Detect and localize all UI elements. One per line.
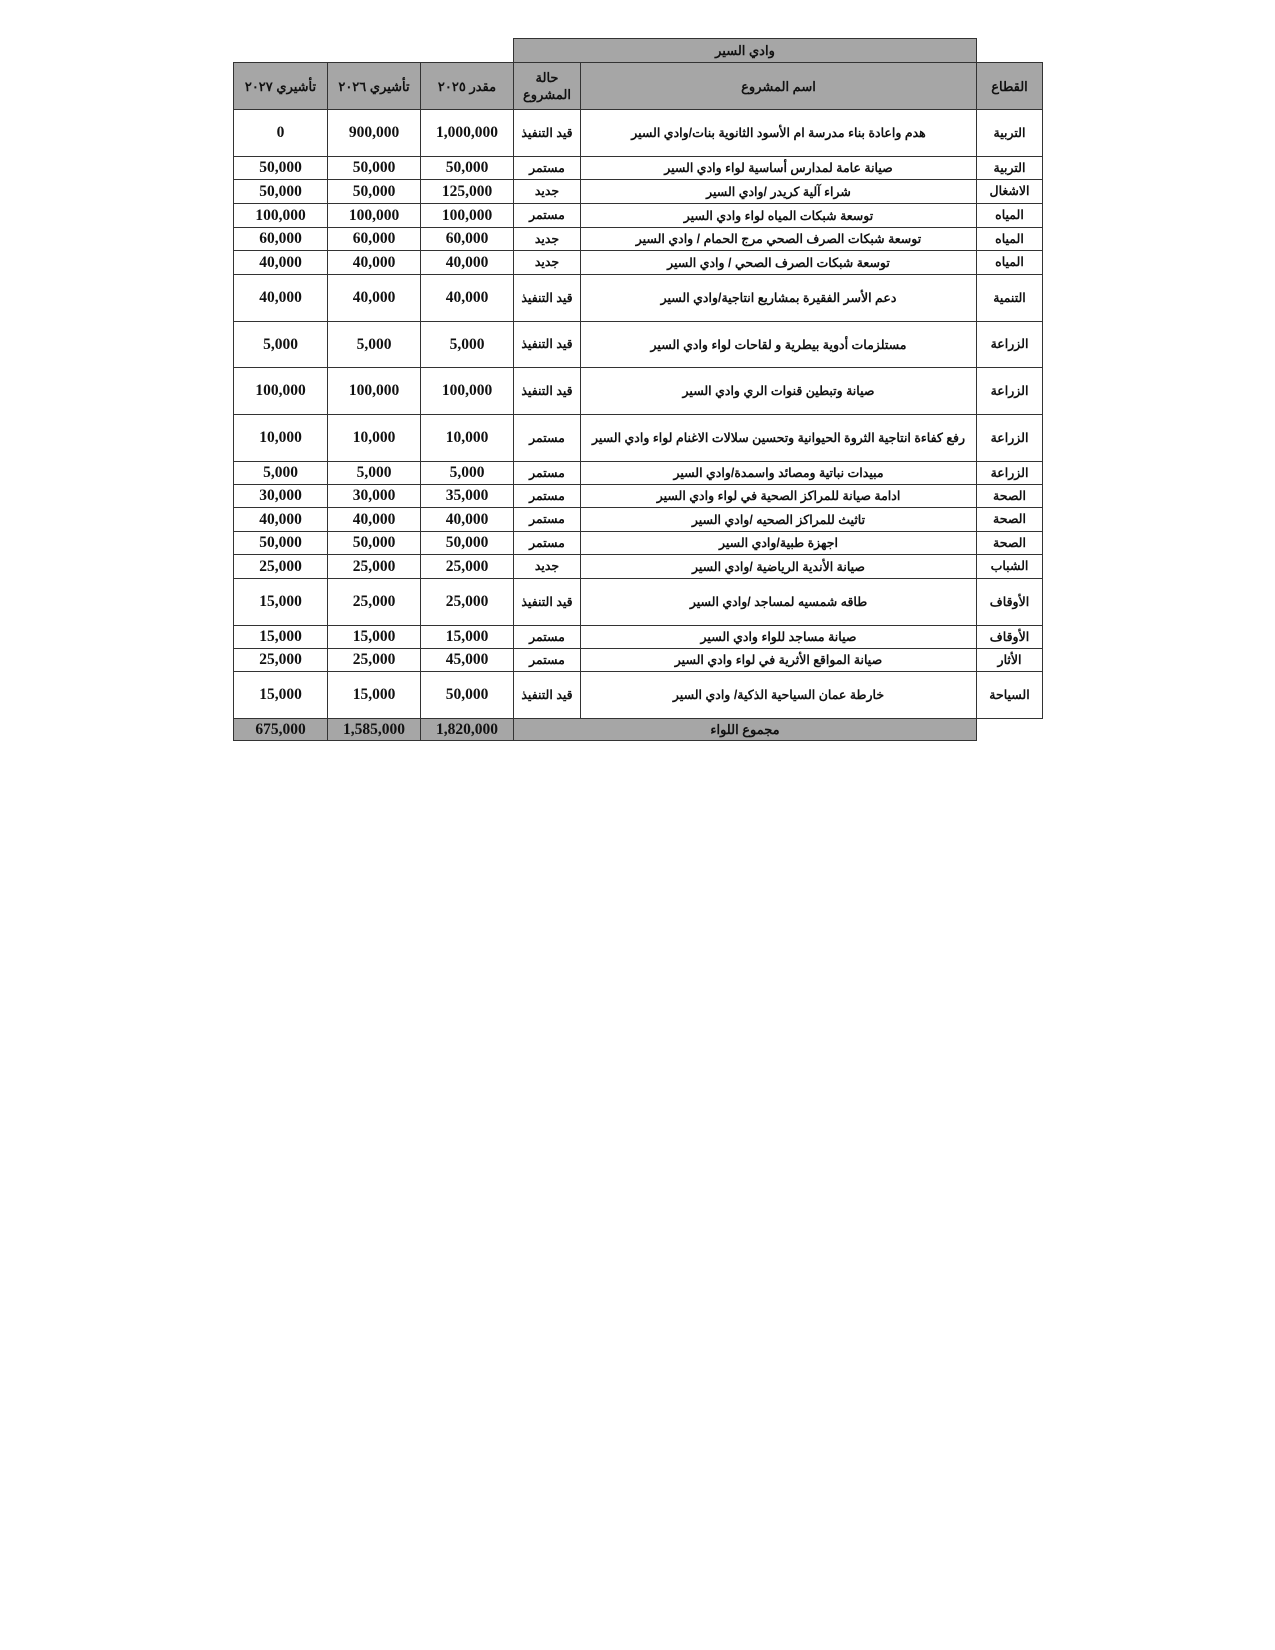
table-row: 15,000 25,000 25,000 قيد التنفيذ طاقه شم… [234,579,1043,626]
table-row: 15,000 15,000 50,000 قيد التنفيذ خارطة ع… [234,672,1043,719]
cell-2026: 5,000 [328,462,421,485]
cell-2025: 100,000 [421,204,514,228]
cell-2027: 15,000 [234,672,328,719]
table-row: 50,000 50,000 50,000 مستمر اجهزة طبية/وا… [234,532,1043,555]
cell-project-name: صيانة عامة لمدارس أساسية لواء وادي السير [581,157,977,180]
cell-2027: 30,000 [234,485,328,508]
cell-sector: الصحة [977,508,1043,532]
cell-2027: 60,000 [234,228,328,251]
table-row: 40,000 40,000 40,000 مستمر تاثيث للمراكز… [234,508,1043,532]
cell-2025: 100,000 [421,368,514,415]
cell-sector: الصحة [977,485,1043,508]
cell-2025: 10,000 [421,415,514,462]
cell-2025: 40,000 [421,508,514,532]
cell-sector: التربية [977,157,1043,180]
cell-2027: 25,000 [234,649,328,672]
cell-2025: 60,000 [421,228,514,251]
cell-2026: 5,000 [328,322,421,368]
cell-2026: 25,000 [328,579,421,626]
header-indicative-2027: تأشيري ٢٠٢٧ [234,63,328,110]
cell-project-name: مستلزمات أدوية بيطرية و لقاحات لواء وادي… [581,322,977,368]
cell-sector: السياحة [977,672,1043,719]
table-row: 25,000 25,000 45,000 مستمر صيانة المواقع… [234,649,1043,672]
cell-sector: التربية [977,110,1043,157]
cell-project-name: صيانة المواقع الأثرية في لواء وادي السير [581,649,977,672]
cell-status: جديد [514,251,581,275]
cell-2027: 50,000 [234,157,328,180]
cell-2027: 5,000 [234,322,328,368]
cell-2027: 10,000 [234,415,328,462]
cell-sector: الأثار [977,649,1043,672]
header-indicative-2026: تأشيري ٢٠٢٦ [328,63,421,110]
cell-sector: الزراعة [977,462,1043,485]
cell-project-name: دعم الأسر الفقيرة بمشاريع انتاجية/وادي ا… [581,275,977,322]
cell-sector: المياه [977,228,1043,251]
cell-2026: 100,000 [328,204,421,228]
cell-status: مستمر [514,508,581,532]
cell-2025: 5,000 [421,322,514,368]
cell-sector: الزراعة [977,368,1043,415]
cell-2027: 40,000 [234,275,328,322]
cell-status: قيد التنفيذ [514,110,581,157]
table-row: 60,000 60,000 60,000 جديد توسعة شبكات ال… [234,228,1043,251]
cell-status: مستمر [514,649,581,672]
cell-2026: 50,000 [328,180,421,204]
cell-project-name: طاقه شمسيه لمساجد /وادي السير [581,579,977,626]
cell-2025: 5,000 [421,462,514,485]
cell-status: قيد التنفيذ [514,275,581,322]
cell-status: مستمر [514,204,581,228]
cell-sector: الأوقاف [977,626,1043,649]
cell-project-name: توسعة شبكات الصرف الصحي / وادي السير [581,251,977,275]
cell-2026: 900,000 [328,110,421,157]
total-2026: 1,585,000 [328,719,421,741]
cell-2026: 15,000 [328,626,421,649]
cell-2026: 25,000 [328,649,421,672]
cell-2027: 100,000 [234,204,328,228]
cell-status: مستمر [514,485,581,508]
cell-2025: 1,000,000 [421,110,514,157]
cell-project-name: شراء آلية كريدر /وادي السير [581,180,977,204]
header-row: تأشيري ٢٠٢٧ تأشيري ٢٠٢٦ مقدر ٢٠٢٥ حالة ا… [234,63,1043,110]
table-row: 25,000 25,000 25,000 جديد صيانة الأندية … [234,555,1043,579]
cell-sector: الزراعة [977,415,1043,462]
cell-2026: 40,000 [328,275,421,322]
total-label: مجموع اللواء [514,719,977,741]
table-row: 5,000 5,000 5,000 قيد التنفيذ مستلزمات أ… [234,322,1043,368]
cell-2026: 50,000 [328,532,421,555]
table-row: 100,000 100,000 100,000 قيد التنفيذ صيان… [234,368,1043,415]
table-row: 15,000 15,000 15,000 مستمر صيانة مساجد ل… [234,626,1043,649]
title-row: وادي السير [234,39,1043,63]
cell-2027: 40,000 [234,508,328,532]
cell-status: مستمر [514,462,581,485]
table-row: 100,000 100,000 100,000 مستمر توسعة شبكا… [234,204,1043,228]
district-title: وادي السير [514,39,977,63]
cell-sector: الزراعة [977,322,1043,368]
cell-2027: 25,000 [234,555,328,579]
cell-2025: 25,000 [421,555,514,579]
cell-sector: المياه [977,204,1043,228]
district-projects-document: وادي السير تأشيري ٢٠٢٧ تأشيري ٢٠٢٦ مقدر … [233,38,1043,741]
cell-2026: 10,000 [328,415,421,462]
cell-project-name: رفع كفاءة انتاجية الثروة الحيوانية وتحسي… [581,415,977,462]
cell-status: جديد [514,555,581,579]
total-2027: 675,000 [234,719,328,741]
cell-sector: الاشغال [977,180,1043,204]
cell-2026: 60,000 [328,228,421,251]
table-row: 40,000 40,000 40,000 قيد التنفيذ دعم الأ… [234,275,1043,322]
table-row: 5,000 5,000 5,000 مستمر مبيدات نباتية وم… [234,462,1043,485]
cell-project-name: ادامة صيانة للمراكز الصحية في لواء وادي … [581,485,977,508]
cell-2026: 50,000 [328,157,421,180]
projects-table: وادي السير تأشيري ٢٠٢٧ تأشيري ٢٠٢٦ مقدر … [233,38,1043,741]
table-row: 50,000 50,000 50,000 مستمر صيانة عامة لم… [234,157,1043,180]
cell-2025: 45,000 [421,649,514,672]
cell-status: مستمر [514,415,581,462]
cell-2025: 25,000 [421,579,514,626]
cell-project-name: توسعة شبكات الصرف الصحي مرج الحمام / واد… [581,228,977,251]
cell-2027: 50,000 [234,532,328,555]
cell-2027: 50,000 [234,180,328,204]
cell-project-name: خارطة عمان السياحية الذكية/ وادي السير [581,672,977,719]
cell-2026: 40,000 [328,251,421,275]
cell-2026: 100,000 [328,368,421,415]
cell-2025: 40,000 [421,251,514,275]
table-row: 0 900,000 1,000,000 قيد التنفيذ هدم واعا… [234,110,1043,157]
cell-2025: 40,000 [421,275,514,322]
cell-2026: 15,000 [328,672,421,719]
cell-status: جديد [514,228,581,251]
cell-status: قيد التنفيذ [514,672,581,719]
cell-2025: 50,000 [421,532,514,555]
cell-2026: 25,000 [328,555,421,579]
cell-2027: 15,000 [234,579,328,626]
cell-sector: المياه [977,251,1043,275]
header-sector: القطاع [977,63,1043,110]
cell-status: مستمر [514,626,581,649]
header-estimate-2025: مقدر ٢٠٢٥ [421,63,514,110]
cell-2025: 50,000 [421,672,514,719]
cell-2025: 50,000 [421,157,514,180]
table-row: 50,000 50,000 125,000 جديد شراء آلية كري… [234,180,1043,204]
cell-project-name: صيانة الأندية الرياضية /وادي السير [581,555,977,579]
cell-2027: 5,000 [234,462,328,485]
table-row: 30,000 30,000 35,000 مستمر ادامة صيانة ل… [234,485,1043,508]
cell-project-name: تاثيث للمراكز الصحيه /وادي السير [581,508,977,532]
cell-sector: التنمية [977,275,1043,322]
cell-status: مستمر [514,532,581,555]
total-row: 675,0001,585,0001,820,000مجموع اللواء [234,719,1043,741]
cell-project-name: مبيدات نباتية ومصائد واسمدة/وادي السير [581,462,977,485]
table-row: 10,000 10,000 10,000 مستمر رفع كفاءة انت… [234,415,1043,462]
cell-2025: 125,000 [421,180,514,204]
cell-2027: 40,000 [234,251,328,275]
cell-status: قيد التنفيذ [514,368,581,415]
cell-sector: الصحة [977,532,1043,555]
total-2025: 1,820,000 [421,719,514,741]
cell-status: مستمر [514,157,581,180]
cell-status: جديد [514,180,581,204]
cell-project-name: هدم واعادة بناء مدرسة ام الأسود الثانوية… [581,110,977,157]
cell-2027: 0 [234,110,328,157]
header-status: حالة المشروع [514,63,581,110]
cell-status: قيد التنفيذ [514,579,581,626]
cell-project-name: صيانة مساجد للواء وادي السير [581,626,977,649]
cell-status: قيد التنفيذ [514,322,581,368]
cell-2025: 35,000 [421,485,514,508]
cell-project-name: اجهزة طبية/وادي السير [581,532,977,555]
cell-project-name: توسعة شبكات المياه لواء وادي السير [581,204,977,228]
cell-sector: الشباب [977,555,1043,579]
cell-sector: الأوقاف [977,579,1043,626]
header-project-name: اسم المشروع [581,63,977,110]
cell-project-name: صيانة وتبطين قنوات الري وادي السير [581,368,977,415]
cell-2026: 40,000 [328,508,421,532]
cell-2026: 30,000 [328,485,421,508]
cell-2027: 15,000 [234,626,328,649]
table-row: 40,000 40,000 40,000 جديد توسعة شبكات ال… [234,251,1043,275]
cell-2025: 15,000 [421,626,514,649]
cell-2027: 100,000 [234,368,328,415]
